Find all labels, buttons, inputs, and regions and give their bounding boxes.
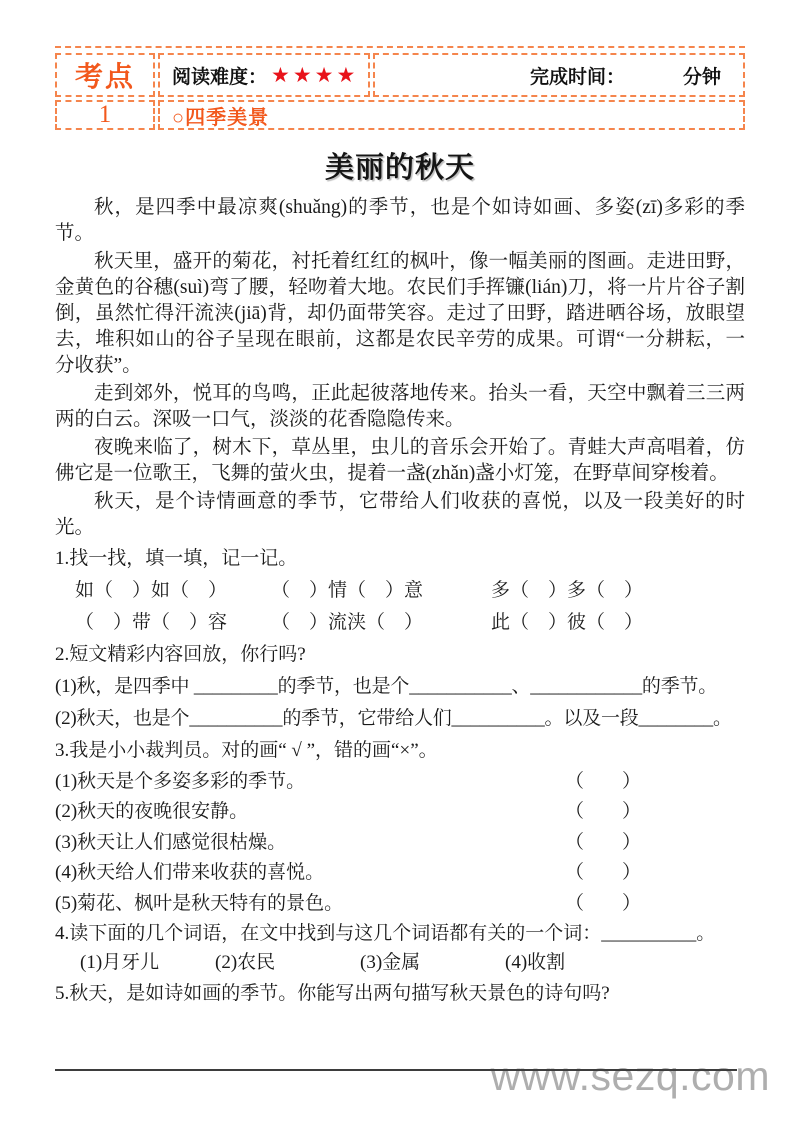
statement-text: (5)菊花、枫叶是秋天特有的景色。 <box>55 891 565 916</box>
site-watermark: www.sezq.com <box>491 1056 770 1097</box>
fill-blank-group: 此（ ）彼（ ） <box>491 610 643 635</box>
question-3-item: (5)菊花、枫叶是秋天特有的景色。 （ ） <box>55 891 745 916</box>
fill-blank-group: 如（ ）如（ ） <box>75 578 271 603</box>
header-top-dotted-rule <box>55 46 745 48</box>
statement-text: (4)秋天给人们带来收获的喜悦。 <box>55 860 565 885</box>
word-option: (1)月牙儿 <box>80 950 215 975</box>
statement-text: (2)秋天的夜晚很安静。 <box>55 799 565 824</box>
question-1-row: （ ）带（ ）容 （ ）流浃（ ） 此（ ）彼（ ） <box>55 610 745 635</box>
question-3-item: (1)秋天是个多姿多彩的季节。 （ ） <box>55 769 745 794</box>
passage-paragraph: 秋天里，盛开的菊花，衬托着红红的枫叶，像一幅美丽的图画。走进田野，金黄色的谷穗(… <box>55 249 745 379</box>
answer-bracket: （ ） <box>565 799 745 824</box>
passage-title: 美丽的秋天 <box>55 145 745 186</box>
word-option: (4)收割 <box>505 950 565 975</box>
answer-bracket: （ ） <box>565 891 745 916</box>
time-unit-label: 分钟 <box>683 62 721 89</box>
question-5-title: 5.秋天，是如诗如画的季节。你能写出两句描写秋天景色的诗句吗? <box>55 981 745 1006</box>
question-2-item: (1)秋，是四季中 _________的季节，也是个___________、__… <box>55 674 745 699</box>
fill-blank-group: （ ）带（ ）容 <box>75 610 271 635</box>
difficulty-stars-icon: ★★★★ <box>271 63 358 87</box>
worksheet-page: 考点 阅读难度： ★★★★ 完成时间： 分钟 1 ○四季美景 美丽的秋天 秋，是… <box>0 0 800 1131</box>
questions-section: 1.找一找，填一填，记一记。 如（ ）如（ ） （ ）情（ ）意 多（ ）多（ … <box>55 546 745 1006</box>
passage-paragraph: 秋天，是个诗情画意的季节，它带给人们收获的喜悦，以及一段美好的时光。 <box>55 489 745 541</box>
question-1-row: 如（ ）如（ ） （ ）情（ ）意 多（ ）多（ ） <box>55 578 745 603</box>
question-3-item: (4)秋天给人们带来收获的喜悦。 （ ） <box>55 860 745 885</box>
fill-blank-group: 多（ ）多（ ） <box>491 578 643 603</box>
exam-point-label: 考点 <box>55 53 155 97</box>
difficulty-label: 阅读难度： <box>172 62 267 89</box>
question-3-item: (2)秋天的夜晚很安静。 （ ） <box>55 799 745 824</box>
footer-rule <box>55 1069 737 1071</box>
question-2-title: 2.短文精彩内容回放，你行吗? <box>55 642 745 667</box>
passage-paragraph: 夜晚来临了，树木下，草丛里，虫儿的音乐会开始了。青蛙大声高唱着，仿佛它是一位歌王… <box>55 435 745 487</box>
answer-bracket: （ ） <box>565 860 745 885</box>
word-option: (2)农民 <box>215 950 360 975</box>
question-1-title: 1.找一找，填一填，记一记。 <box>55 546 745 571</box>
statement-text: (3)秋天让人们感觉很枯燥。 <box>55 830 565 855</box>
passage-paragraph: 秋，是四季中最凉爽(shuǎng)的季节，也是个如诗如画、多姿(zī)多彩的季节… <box>55 195 745 247</box>
passage-paragraph: 走到郊外，悦耳的鸟鸣，正此起彼落地传来。抬头一看，天空中飘着三三两两的白云。深吸… <box>55 381 745 433</box>
answer-bracket: （ ） <box>565 769 745 794</box>
question-4-title: 4.读下面的几个词语，在文中找到与这几个词语都有关的一个词：__________… <box>55 921 745 946</box>
word-option: (3)金属 <box>360 950 505 975</box>
question-3-item: (3)秋天让人们感觉很枯燥。 （ ） <box>55 830 745 855</box>
fill-blank-group: （ ）流浃（ ） <box>271 610 491 635</box>
question-2-item: (2)秋天，也是个__________的季节，它带给人们__________。以… <box>55 706 745 731</box>
completion-time-cell: 完成时间： 分钟 <box>373 53 745 97</box>
question-3-title: 3.我是小小裁判员。对的画“ √ ”，错的画“×”。 <box>55 738 745 763</box>
difficulty-cell: 阅读难度： ★★★★ <box>158 53 370 97</box>
exam-point-number: 1 <box>55 100 155 130</box>
answer-bracket: （ ） <box>565 830 745 855</box>
fill-blank-group: （ ）情（ ）意 <box>271 578 491 603</box>
statement-text: (1)秋天是个多姿多彩的季节。 <box>55 769 565 794</box>
exam-point-header: 考点 阅读难度： ★★★★ 完成时间： 分钟 1 ○四季美景 <box>55 53 745 130</box>
completion-time-label: 完成时间： <box>530 62 625 89</box>
question-4-options: (1)月牙儿 (2)农民 (3)金属 (4)收割 <box>55 950 745 975</box>
topic-label: ○四季美景 <box>158 100 745 130</box>
reading-passage: 美丽的秋天 秋，是四季中最凉爽(shuǎng)的季节，也是个如诗如画、多姿(zī… <box>55 145 745 541</box>
